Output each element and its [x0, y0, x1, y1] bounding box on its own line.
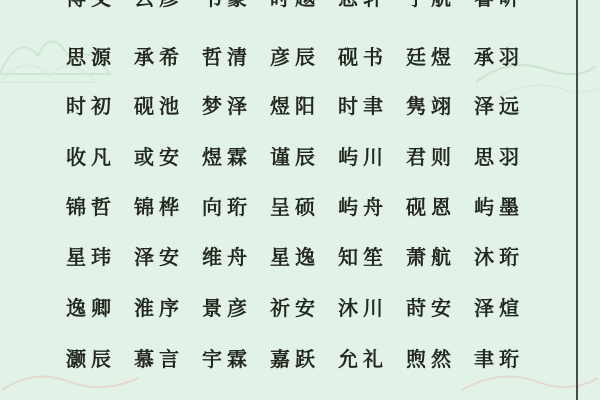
name-item: 星玮 [66, 247, 116, 269]
name-item: 屿墨 [474, 197, 524, 219]
name-item: 锦桦 [134, 197, 184, 219]
name-item: 萧航 [406, 247, 456, 269]
name-item: 砚恩 [406, 197, 456, 219]
name-row: 博文云彦书豪时越恩轩宇航睿昕 [66, 0, 524, 10]
name-item: 时越 [270, 0, 320, 10]
name-item: 屿川 [338, 147, 388, 169]
name-item: 维舟 [202, 247, 252, 269]
name-item: 泽远 [474, 96, 524, 118]
name-item: 聿珩 [474, 349, 524, 371]
name-item: 宇霖 [202, 349, 252, 371]
name-item: 祈安 [270, 298, 320, 320]
name-item: 睿昕 [474, 0, 524, 10]
name-item: 收凡 [66, 147, 116, 169]
name-row: 收凡或安煜霖谨辰屿川君则思羽 [66, 147, 524, 169]
name-item: 谨辰 [270, 147, 320, 169]
name-item: 承希 [134, 47, 184, 69]
name-item: 莳安 [406, 298, 456, 320]
name-item: 宇航 [406, 0, 456, 10]
name-item: 承羽 [474, 47, 524, 69]
name-list-page: 博文云彦书豪时越恩轩宇航睿昕思源承希哲清彦辰砚书廷煜承羽时初砚池梦泽煜阳时聿隽翊… [0, 0, 600, 400]
name-item: 时初 [66, 96, 116, 118]
name-item: 逸卿 [66, 298, 116, 320]
name-item: 煜霖 [202, 147, 252, 169]
name-item: 淮序 [134, 298, 184, 320]
name-item: 煦然 [406, 349, 456, 371]
name-item: 或安 [134, 147, 184, 169]
name-item: 思源 [66, 47, 116, 69]
name-item: 书豪 [202, 0, 252, 10]
name-item: 知笙 [338, 247, 388, 269]
name-item: 灏辰 [66, 349, 116, 371]
name-item: 梦泽 [202, 96, 252, 118]
name-item: 廷煜 [406, 47, 456, 69]
name-row: 思源承希哲清彦辰砚书廷煜承羽 [66, 47, 524, 69]
name-item: 彦辰 [270, 47, 320, 69]
name-grid: 博文云彦书豪时越恩轩宇航睿昕思源承希哲清彦辰砚书廷煜承羽时初砚池梦泽煜阳时聿隽翊… [0, 0, 600, 400]
name-item: 锦哲 [66, 197, 116, 219]
name-item: 君则 [406, 147, 456, 169]
name-item: 慕言 [134, 349, 184, 371]
name-item: 嘉跃 [270, 349, 320, 371]
name-item: 允礼 [338, 349, 388, 371]
name-item: 呈硕 [270, 197, 320, 219]
name-item: 向珩 [202, 197, 252, 219]
name-item: 沐川 [338, 298, 388, 320]
name-item: 星逸 [270, 247, 320, 269]
name-row: 星玮泽安维舟星逸知笙萧航沐珩 [66, 247, 524, 269]
name-row: 锦哲锦桦向珩呈硕屿舟砚恩屿墨 [66, 197, 524, 219]
name-row: 灏辰慕言宇霖嘉跃允礼煦然聿珩 [66, 349, 524, 371]
name-row: 逸卿淮序景彦祈安沐川莳安泽煊 [66, 298, 524, 320]
name-item: 泽煊 [474, 298, 524, 320]
name-item: 砚书 [338, 47, 388, 69]
name-item: 煜阳 [270, 96, 320, 118]
name-item: 恩轩 [338, 0, 388, 10]
name-row: 时初砚池梦泽煜阳时聿隽翊泽远 [66, 96, 524, 118]
name-item: 沐珩 [474, 247, 524, 269]
name-item: 砚池 [134, 96, 184, 118]
name-item: 屿舟 [338, 197, 388, 219]
name-item: 思羽 [474, 147, 524, 169]
name-item: 隽翊 [406, 96, 456, 118]
name-item: 博文 [66, 0, 116, 10]
name-item: 景彦 [202, 298, 252, 320]
name-item: 时聿 [338, 96, 388, 118]
name-item: 云彦 [134, 0, 184, 10]
name-item: 哲清 [202, 47, 252, 69]
name-item: 泽安 [134, 247, 184, 269]
